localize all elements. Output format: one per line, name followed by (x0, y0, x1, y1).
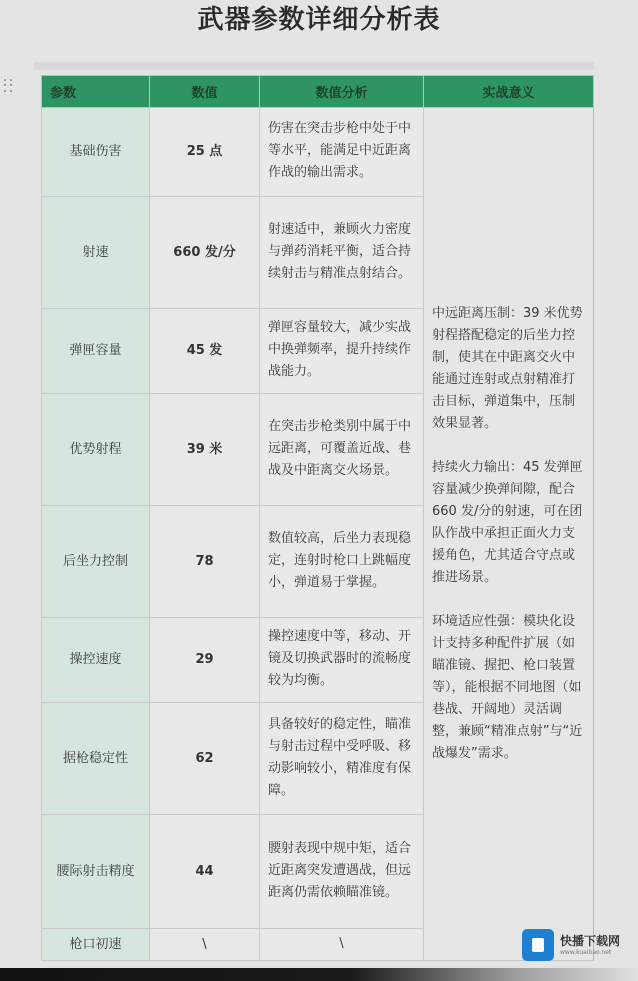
value-cell: 39 米 (150, 394, 260, 506)
header-meaning: 实战意义 (424, 76, 594, 108)
param-cell: 射速 (42, 197, 150, 309)
watermark-name: 快播下载网 (560, 933, 620, 949)
param-cell: 操控速度 (42, 618, 150, 703)
meaning-cell: 中远距离压制：39 米优势射程搭配稳定的后坐力控制，使其在中距离交火中能通过连射… (424, 108, 594, 961)
analysis-cell: 数值较高，后坐力表现稳定，连射时枪口上跳幅度小，弹道易于掌握。 (260, 506, 424, 618)
header-param: 参数 (42, 76, 150, 108)
value-cell: 25 点 (150, 108, 260, 197)
weapon-params-table: 参数 数值 数值分析 实战意义 基础伤害 25 点 伤害在突击步枪中处于中等水平… (41, 75, 594, 961)
value-cell: 660 发/分 (150, 197, 260, 309)
page-title: 武器参数详细分析表 (0, 2, 638, 38)
header-analysis: 数值分析 (260, 76, 424, 108)
value-cell: 78 (150, 506, 260, 618)
param-cell: 后坐力控制 (42, 506, 150, 618)
value-cell: \ (150, 929, 260, 961)
analysis-cell: 射速适中，兼顾火力密度与弹药消耗平衡，适合持续射击与精准点射结合。 (260, 197, 424, 309)
value-cell: 62 (150, 703, 260, 815)
header-value: 数值 (150, 76, 260, 108)
analysis-cell: 在突击步枪类别中属于中远距离，可覆盖近战、巷战及中距离交火场景。 (260, 394, 424, 506)
value-cell: 45 发 (150, 309, 260, 394)
value-cell: 29 (150, 618, 260, 703)
param-cell: 枪口初速 (42, 929, 150, 961)
table-row: 基础伤害 25 点 伤害在突击步枪中处于中等水平，能满足中近距离作战的输出需求。… (42, 108, 594, 197)
analysis-cell: 具备较好的稳定性，瞄准与射击过程中受呼吸、移动影响较小，精准度有保障。 (260, 703, 424, 815)
watermark: 快播下载网 www.kuaibao.net (522, 925, 634, 965)
meaning-block-adaptability: 环境适应性强：模块化设计支持多种配件扩展（如瞄准镜、握把、枪口装置等），能根据不… (432, 611, 585, 765)
meaning-block-sustained-fire: 持续火力输出：45 发弹匣容量减少换弹间隙，配合 660 发/分的射速，可在团队… (432, 457, 585, 589)
table-shadow (34, 62, 594, 70)
bottom-bar (0, 968, 638, 981)
meaning-block-suppression: 中远距离压制：39 米优势射程搭配稳定的后坐力控制，使其在中距离交火中能通过连射… (432, 303, 585, 435)
param-cell: 据枪稳定性 (42, 703, 150, 815)
analysis-cell: 伤害在突击步枪中处于中等水平，能满足中近距离作战的输出需求。 (260, 108, 424, 197)
analysis-cell: \ (260, 929, 424, 961)
analysis-cell: 弹匣容量较大，减少实战中换弹频率，提升持续作战能力。 (260, 309, 424, 394)
watermark-logo-icon (522, 929, 554, 961)
param-cell: 基础伤害 (42, 108, 150, 197)
param-cell: 弹匣容量 (42, 309, 150, 394)
analysis-cell: 腰射表现中规中矩，适合近距离突发遭遇战，但远距离仍需依赖瞄准镜。 (260, 815, 424, 929)
param-cell: 腰际射击精度 (42, 815, 150, 929)
value-cell: 44 (150, 815, 260, 929)
drag-handle-icon[interactable] (4, 79, 14, 93)
table-header-row: 参数 数值 数值分析 实战意义 (42, 76, 594, 108)
analysis-cell: 操控速度中等，移动、开镜及切换武器时的流畅度较为均衡。 (260, 618, 424, 703)
param-cell: 优势射程 (42, 394, 150, 506)
watermark-url: www.kuaibao.net (560, 949, 620, 957)
